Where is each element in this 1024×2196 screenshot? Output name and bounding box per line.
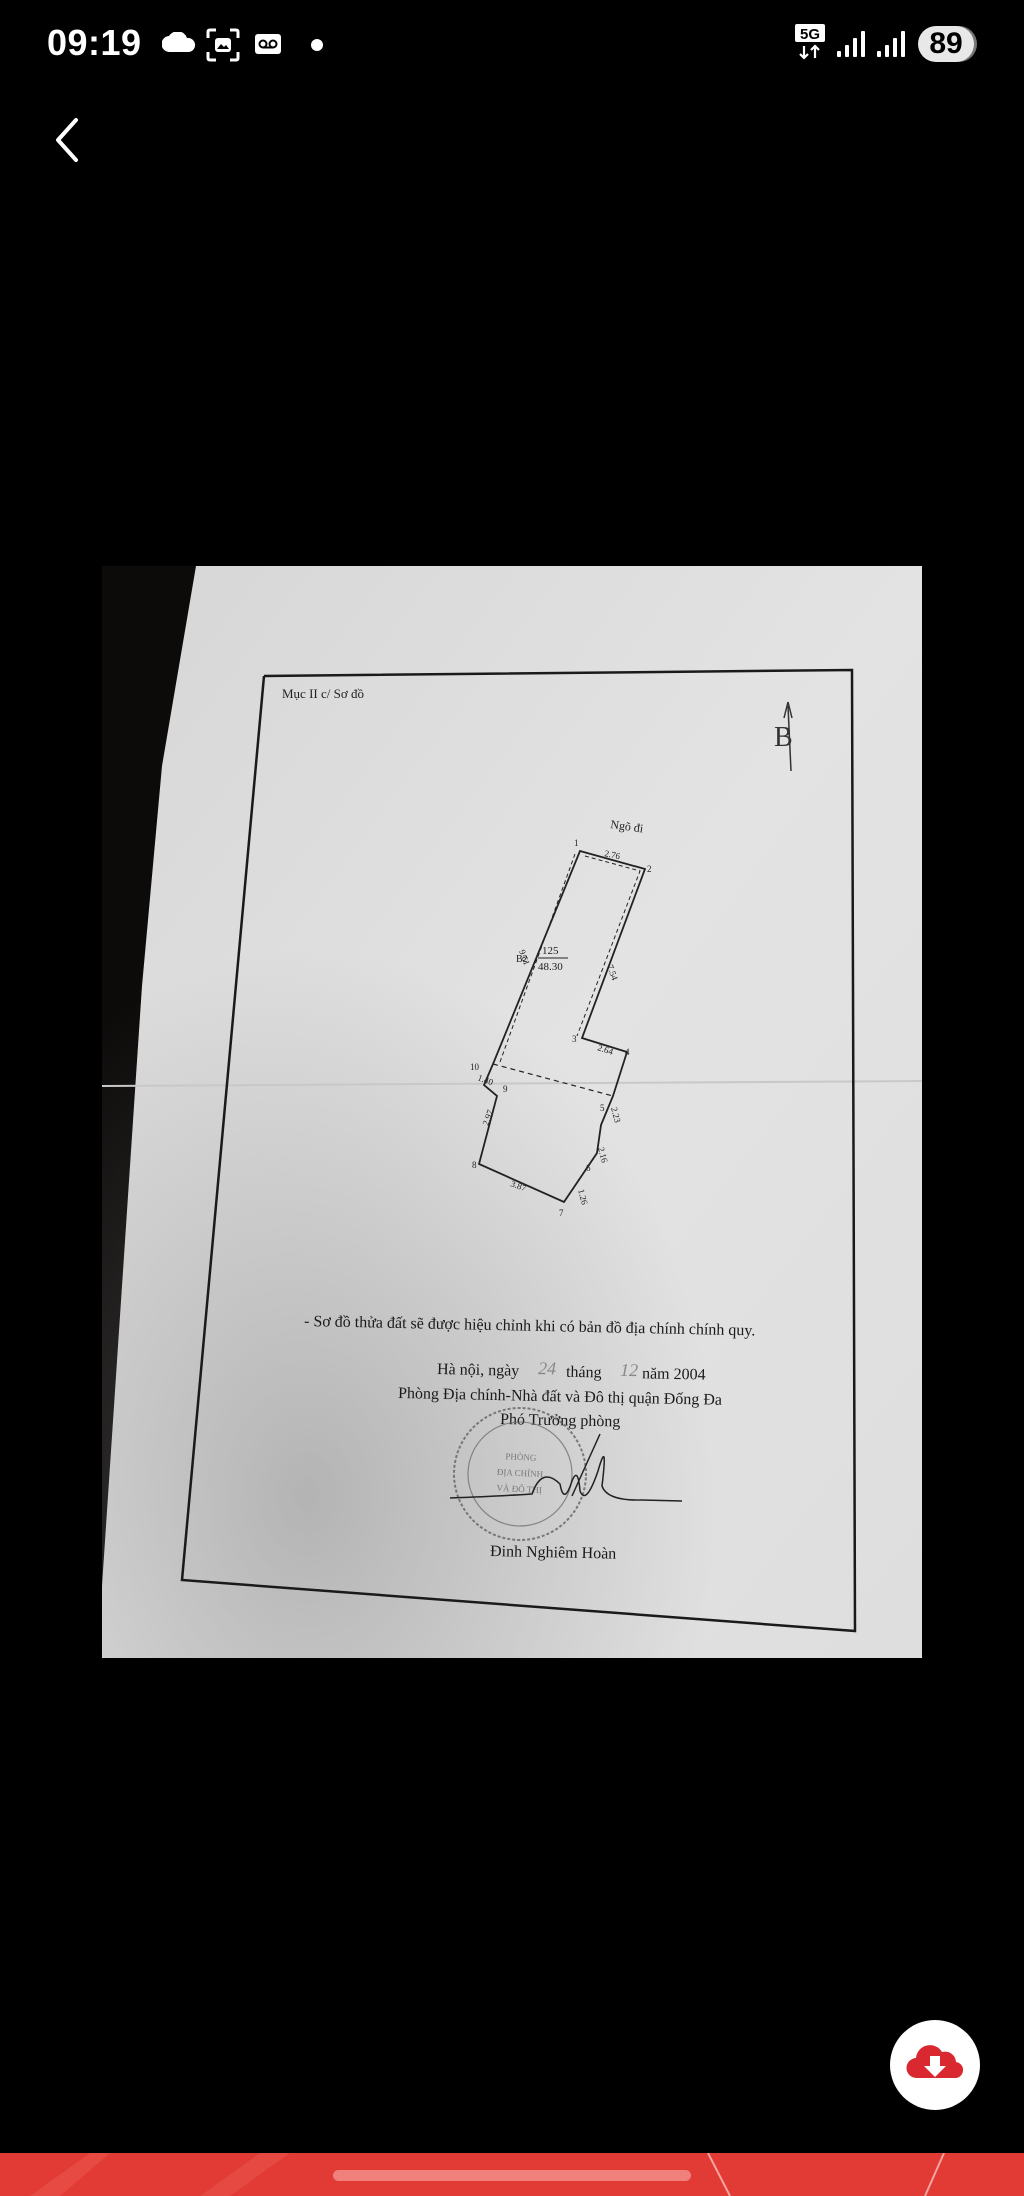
screenshot-scan-icon: [206, 28, 240, 62]
home-indicator[interactable]: [333, 2170, 691, 2181]
signal-strength-icon: [876, 30, 906, 58]
download-button[interactable]: [890, 2020, 980, 2110]
document-image: Mục II c/ Sơ đồ B Ngõ đi 1 2 3 4 5 6 7 8…: [102, 566, 922, 1658]
svg-text:5G: 5G: [800, 26, 820, 43]
svg-text:8: 8: [472, 1160, 477, 1170]
document-photo[interactable]: Mục II c/ Sơ đồ B Ngõ đi 1 2 3 4 5 6 7 8…: [102, 566, 922, 1658]
svg-text:B: B: [774, 722, 793, 753]
svg-text:B2: B2: [516, 954, 528, 965]
svg-text:48.30: 48.30: [538, 961, 563, 973]
notification-dot-icon: [311, 39, 323, 51]
chevron-left-icon: [58, 120, 76, 160]
voicemail-icon: [255, 34, 281, 54]
svg-text:7: 7: [559, 1208, 564, 1218]
svg-text:PHÒNG: PHÒNG: [505, 1451, 537, 1463]
svg-text:4: 4: [625, 1047, 630, 1057]
signal-strength-icon: [836, 30, 866, 58]
svg-text:tháng: tháng: [566, 1364, 602, 1382]
svg-text:9: 9: [503, 1084, 508, 1094]
cloud-download-icon: [890, 2020, 980, 2110]
svg-text:3: 3: [572, 1034, 577, 1044]
svg-text:Mục II c/ Sơ đồ: Mục II c/ Sơ đồ: [282, 686, 364, 701]
svg-text:125: 125: [542, 945, 559, 957]
network-5g-icon: 5G: [795, 24, 827, 60]
status-time: 09:19: [47, 22, 142, 64]
svg-text:Đinh Nghiêm Hoàn: Đinh Nghiêm Hoàn: [490, 1543, 617, 1563]
svg-text:Phó Trưởng phòng: Phó Trưởng phòng: [500, 1411, 621, 1431]
svg-text:1: 1: [574, 838, 579, 848]
back-button[interactable]: [44, 110, 94, 170]
svg-text:năm 2004: năm 2004: [642, 1365, 706, 1383]
cloud-icon: [162, 32, 196, 52]
svg-text:2: 2: [647, 864, 652, 874]
svg-text:6: 6: [586, 1163, 591, 1173]
svg-text:10: 10: [470, 1062, 480, 1072]
battery-indicator: 89: [918, 26, 974, 62]
status-bar: 09:19 5G 89: [0, 0, 1024, 90]
svg-text:Hà nội, ngày: Hà nội, ngày: [437, 1361, 520, 1380]
svg-text:5: 5: [600, 1103, 605, 1113]
svg-text:24: 24: [538, 1358, 556, 1378]
svg-text:12: 12: [620, 1360, 638, 1380]
